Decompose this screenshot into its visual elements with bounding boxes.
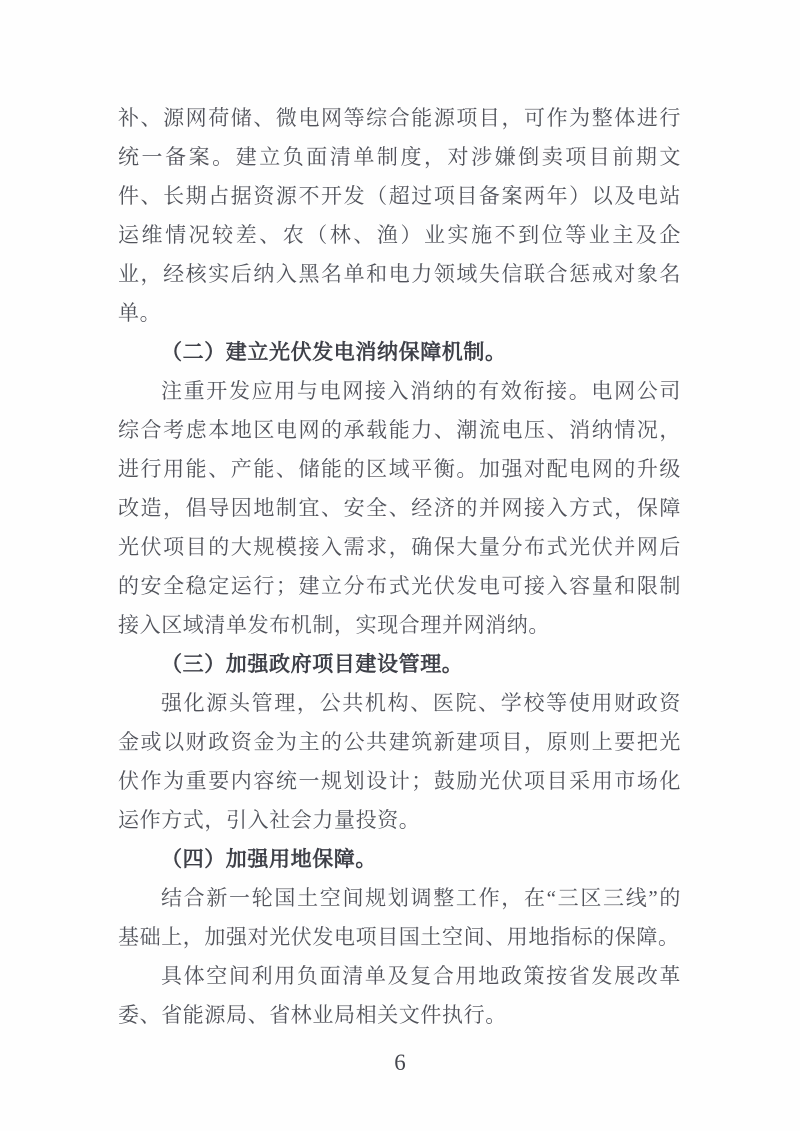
page-number: 6: [0, 1045, 800, 1081]
section-heading: （三）加强政府项目建设管理。: [118, 645, 681, 684]
text-line: 接入区域清单发布机制，实现合理并网消纳。: [118, 606, 681, 645]
text-line: 改造，倡导因地制宜、安全、经济的并网接入方式，保障: [118, 489, 681, 528]
text-line: 运维情况较差、农（林、渔）业实施不到位等业主及企: [118, 216, 681, 255]
text-line: 强化源头管理，公共机构、医院、学校等使用财政资: [118, 684, 681, 723]
section-heading: （二）建立光伏发电消纳保障机制。: [118, 333, 681, 372]
text-line: 补、源网荷储、微电网等综合能源项目，可作为整体进行: [118, 99, 681, 138]
section-heading: （四）加强用地保障。: [118, 840, 681, 879]
text-line: 委、省能源局、省林业局相关文件执行。: [118, 996, 681, 1035]
text-line: 伏作为重要内容统一规划设计；鼓励光伏项目采用市场化: [118, 762, 681, 801]
text-line: 具体空间利用负面清单及复合用地政策按省发展改革: [118, 957, 681, 996]
text-line: 的安全稳定运行；建立分布式光伏发电可接入容量和限制: [118, 567, 681, 606]
document-page: 补、源网荷储、微电网等综合能源项目，可作为整体进行 统一备案。建立负面清单制度，…: [0, 0, 800, 1131]
text-line: 统一备案。建立负面清单制度，对涉嫌倒卖项目前期文: [118, 138, 681, 177]
text-line: 综合考虑本地区电网的承载能力、潮流电压、消纳情况，: [118, 411, 681, 450]
document-body: 补、源网荷储、微电网等综合能源项目，可作为整体进行 统一备案。建立负面清单制度，…: [118, 99, 681, 1035]
text-line: 运作方式，引入社会力量投资。: [118, 801, 681, 840]
text-line: 件、长期占据资源不开发（超过项目备案两年）以及电站: [118, 177, 681, 216]
text-line: 单。: [118, 294, 681, 333]
text-line: 基础上，加强对光伏发电项目国土空间、用地指标的保障。: [118, 918, 681, 957]
text-line: 业，经核实后纳入黑名单和电力领域失信联合惩戒对象名: [118, 255, 681, 294]
text-line: 注重开发应用与电网接入消纳的有效衔接。电网公司: [118, 372, 681, 411]
text-line: 进行用能、产能、储能的区域平衡。加强对配电网的升级: [118, 450, 681, 489]
text-line: 光伏项目的大规模接入需求，确保大量分布式光伏并网后: [118, 528, 681, 567]
text-line: 结合新一轮国土空间规划调整工作，在“三区三线”的: [118, 879, 681, 918]
text-line: 金或以财政资金为主的公共建筑新建项目，原则上要把光: [118, 723, 681, 762]
